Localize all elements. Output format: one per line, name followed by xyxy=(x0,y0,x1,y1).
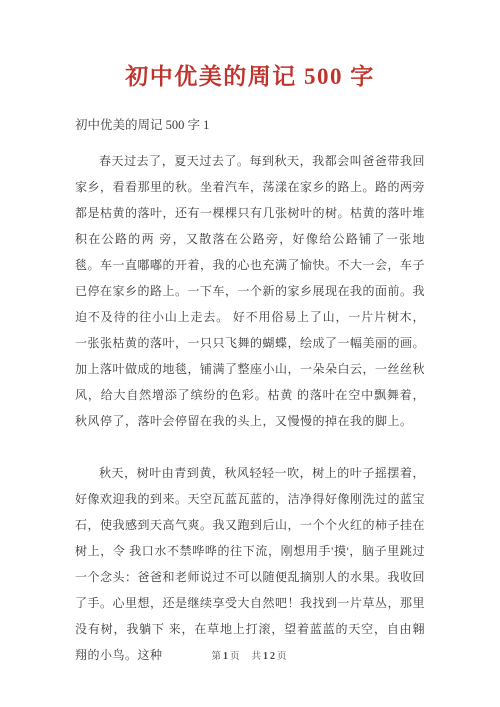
footer-total-prefix: 共 xyxy=(252,652,264,662)
footer-page-prefix: 第 xyxy=(211,652,223,662)
document-page: 初中优美的周记 500 字 初中优美的周记 500 字 1 春天过去了，夏天过去… xyxy=(0,0,500,707)
footer-page-unit: 页 xyxy=(230,652,242,662)
footer-total-number: 12 xyxy=(263,651,277,662)
page-footer: 第1页共12页 xyxy=(0,648,500,662)
body-paragraph: 秋天，树叶由青到黄，秋风轻轻一吹，树上的叶子摇摆着，好像欢迎我的到来。天空瓦蓝瓦… xyxy=(75,460,425,668)
section-heading: 初中优美的周记 500 字 1 xyxy=(75,117,425,133)
body-paragraph: 春天过去了，夏天过去了。每到秋天，我都会叫爸爸带我回家乡，看看那里的秋。坐着汽车… xyxy=(75,148,425,434)
document-body: 初中优美的周记 500 字 1 春天过去了，夏天过去了。每到秋天，我都会叫爸爸带… xyxy=(75,117,425,668)
document-title: 初中优美的周记 500 字 xyxy=(0,0,500,92)
footer-total-unit: 页 xyxy=(277,652,289,662)
footer-page-number: 1 xyxy=(223,651,230,662)
